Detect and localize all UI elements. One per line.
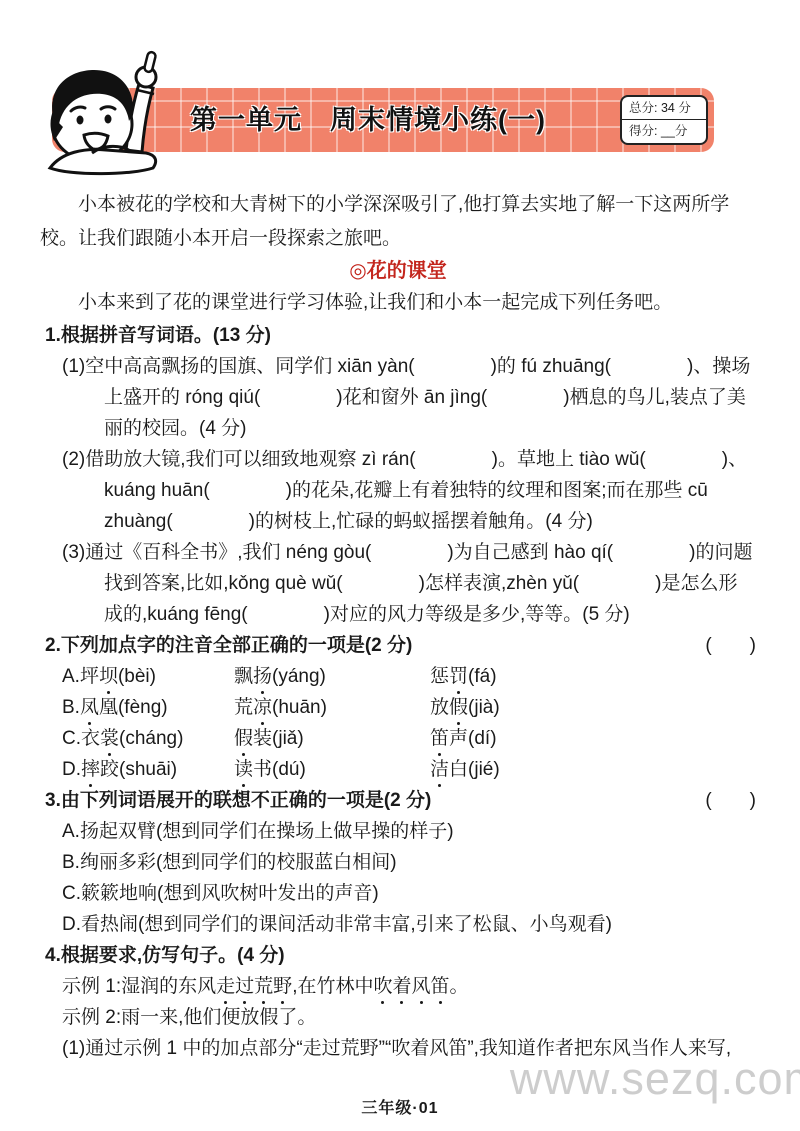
option-word: 荒凉(huān) <box>234 692 430 723</box>
question-3-answer-brackets: ( ) <box>705 785 756 816</box>
option-word: 惩罚(fá) <box>430 661 756 692</box>
question-2-option-d: D.摔跤(shuāi) 读书(dú) 洁白(jié) <box>62 754 756 785</box>
question-2-answer-brackets: ( ) <box>705 630 756 661</box>
score-earned: 得分: __分 <box>622 120 706 143</box>
question-3-option-d: D.看热闹(想到同学们的课间活动非常丰富,引来了松鼠、小鸟观看) <box>62 909 756 940</box>
option-word: 假装(jiǎ) <box>234 723 430 754</box>
page-number-label: 三年级·01 <box>0 1095 800 1118</box>
question-2-option-a: A.坪坝(bèi) 飘扬(yáng) 惩罚(fá) <box>62 661 756 692</box>
score-box: 总分: 34 分 得分: __分 <box>620 95 708 145</box>
intro-paragraph: 小本被花的学校和大青树下的小学深深吸引了,他打算去实地了解一下这两所学校。让我们… <box>40 188 756 256</box>
option-word: D.摔跤(shuāi) <box>62 754 234 785</box>
mascot-boy-icon <box>34 48 196 190</box>
score-total: 总分: 34 分 <box>622 97 706 120</box>
question-4-example-2: 示例 2:雨一来,他们便放假了。 <box>62 1002 756 1033</box>
question-1-item-1: (1)空中高高飘扬的国旗、同学们 xiān yàn( )的 fú zhuāng(… <box>62 351 756 444</box>
option-word: 读书(dú) <box>234 754 430 785</box>
worksheet-page: 第一单元 周末情境小练(一) 总分: 34 分 得分: __分 小本被花的学校和… <box>0 0 800 1131</box>
option-word: A.坪坝(bèi) <box>62 661 234 692</box>
question-3-option-a: A.扬起双臂(想到同学们在操场上做早操的样子) <box>62 816 756 847</box>
section-header-flower-class: ◎花的课堂 <box>40 257 756 285</box>
question-1-item-3: (3)通过《百科全书》,我们 néng gòu( )为自己感到 hào qí( … <box>62 537 756 630</box>
question-1-item-2: (2)借助放大镜,我们可以细致地观察 zì rán( )。草地上 tiào wǔ… <box>62 444 756 537</box>
option-word: 放假(jià) <box>430 692 756 723</box>
question-2-option-b: B.凤凰(fèng) 荒凉(huān) 放假(jià) <box>62 692 756 723</box>
question-2-option-c: C.衣裳(cháng) 假装(jiǎ) 笛声(dí) <box>62 723 756 754</box>
question-3-stem: 3.由下列词语展开的联想不正确的一项是(2 分) <box>45 785 431 816</box>
question-3-option-c: C.簌簌地响(想到风吹树叶发出的声音) <box>62 878 756 909</box>
question-2-stem: 2.下列加点字的注音全部正确的一项是(2 分) <box>45 630 412 661</box>
section-intro-paragraph: 小本来到了花的课堂进行学习体验,让我们和小本一起完成下列任务吧。 <box>40 286 756 320</box>
option-word: 飘扬(yáng) <box>234 661 430 692</box>
page-title: 第一单元 周末情境小练(一) <box>142 88 594 152</box>
option-word: C.衣裳(cháng) <box>62 723 234 754</box>
question-1-stem: 1.根据拼音写词语。(13 分) <box>45 320 271 351</box>
question-3-option-b: B.绚丽多彩(想到同学们的校服蓝白相间) <box>62 847 756 878</box>
option-word: B.凤凰(fèng) <box>62 692 234 723</box>
worksheet-body: 小本被花的学校和大青树下的小学深深吸引了,他打算去实地了解一下这两所学校。让我们… <box>40 188 756 1064</box>
option-word: 笛声(dí) <box>430 723 756 754</box>
question-4-stem: 4.根据要求,仿写句子。(4 分) <box>45 940 285 971</box>
question-4-sub-1: (1)通过示例 1 中的加点部分“走过荒野”“吹着风笛”,我知道作者把东风当作人… <box>62 1033 756 1064</box>
option-word: 洁白(jié) <box>430 754 756 785</box>
question-4-example-1: 示例 1:湿润的东风走过荒野,在竹林中吹着风笛。 <box>62 971 756 1002</box>
